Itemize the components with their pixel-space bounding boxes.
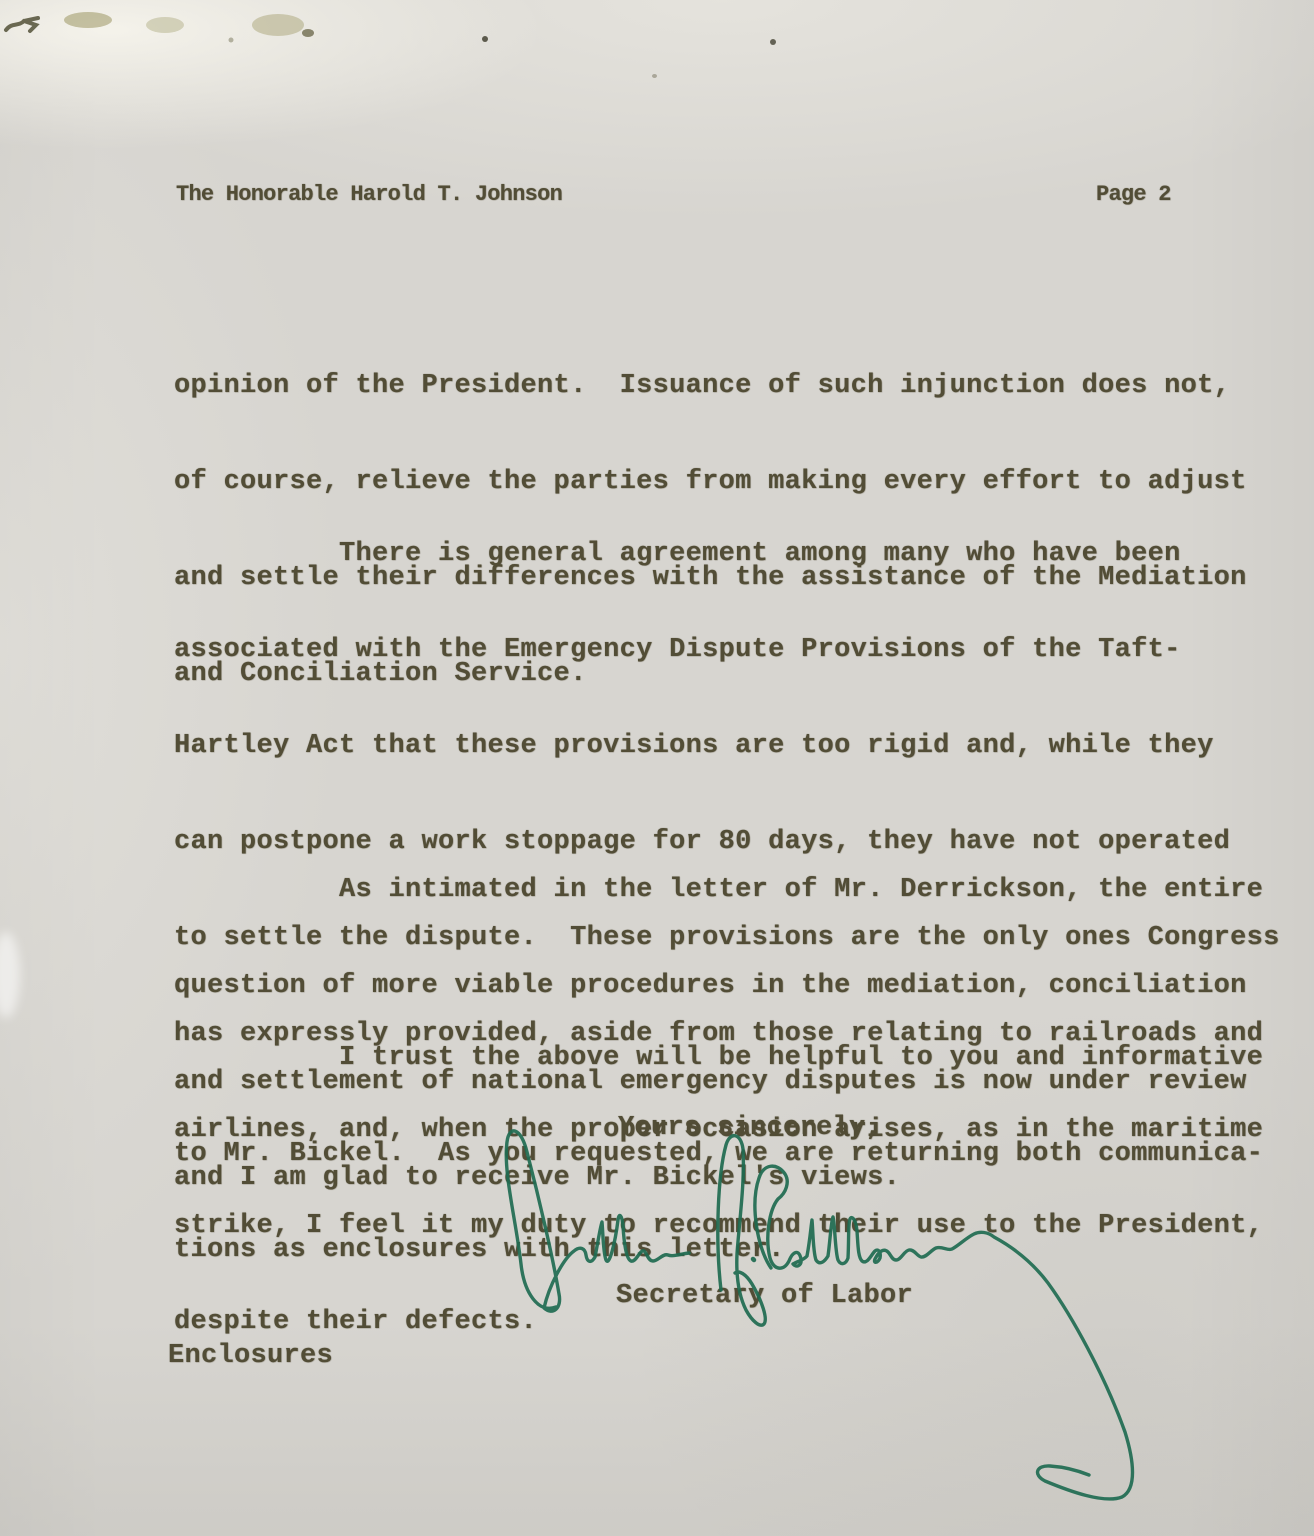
text-line: associated with the Emergency Dispute Pr… <box>174 634 1280 666</box>
text-line: There is general agreement among many wh… <box>174 538 1280 570</box>
text-line: opinion of the President. Issuance of su… <box>174 370 1247 402</box>
text-line: As intimated in the letter of Mr. Derric… <box>174 874 1263 906</box>
ink-dot <box>652 74 657 78</box>
text-line: Hartley Act that these provisions are to… <box>174 730 1280 762</box>
header-addressee: The Honorable Harold T. Johnson <box>176 182 562 208</box>
ink-smudge-marks <box>0 0 340 110</box>
header-page-number: Page 2 <box>1096 182 1171 208</box>
paper-crease-highlight <box>0 932 20 1018</box>
letter-page: The Honorable Harold T. Johnson Page 2 o… <box>0 0 1314 1536</box>
ink-dot <box>770 39 776 45</box>
signature-arthur-j-goldberg: Arthur J. Goldberg <box>480 1120 1180 1536</box>
text-line: I trust the above will be helpful to you… <box>174 1042 1263 1074</box>
ink-dot <box>482 36 488 42</box>
enclosures-notation: Enclosures <box>168 1340 333 1372</box>
